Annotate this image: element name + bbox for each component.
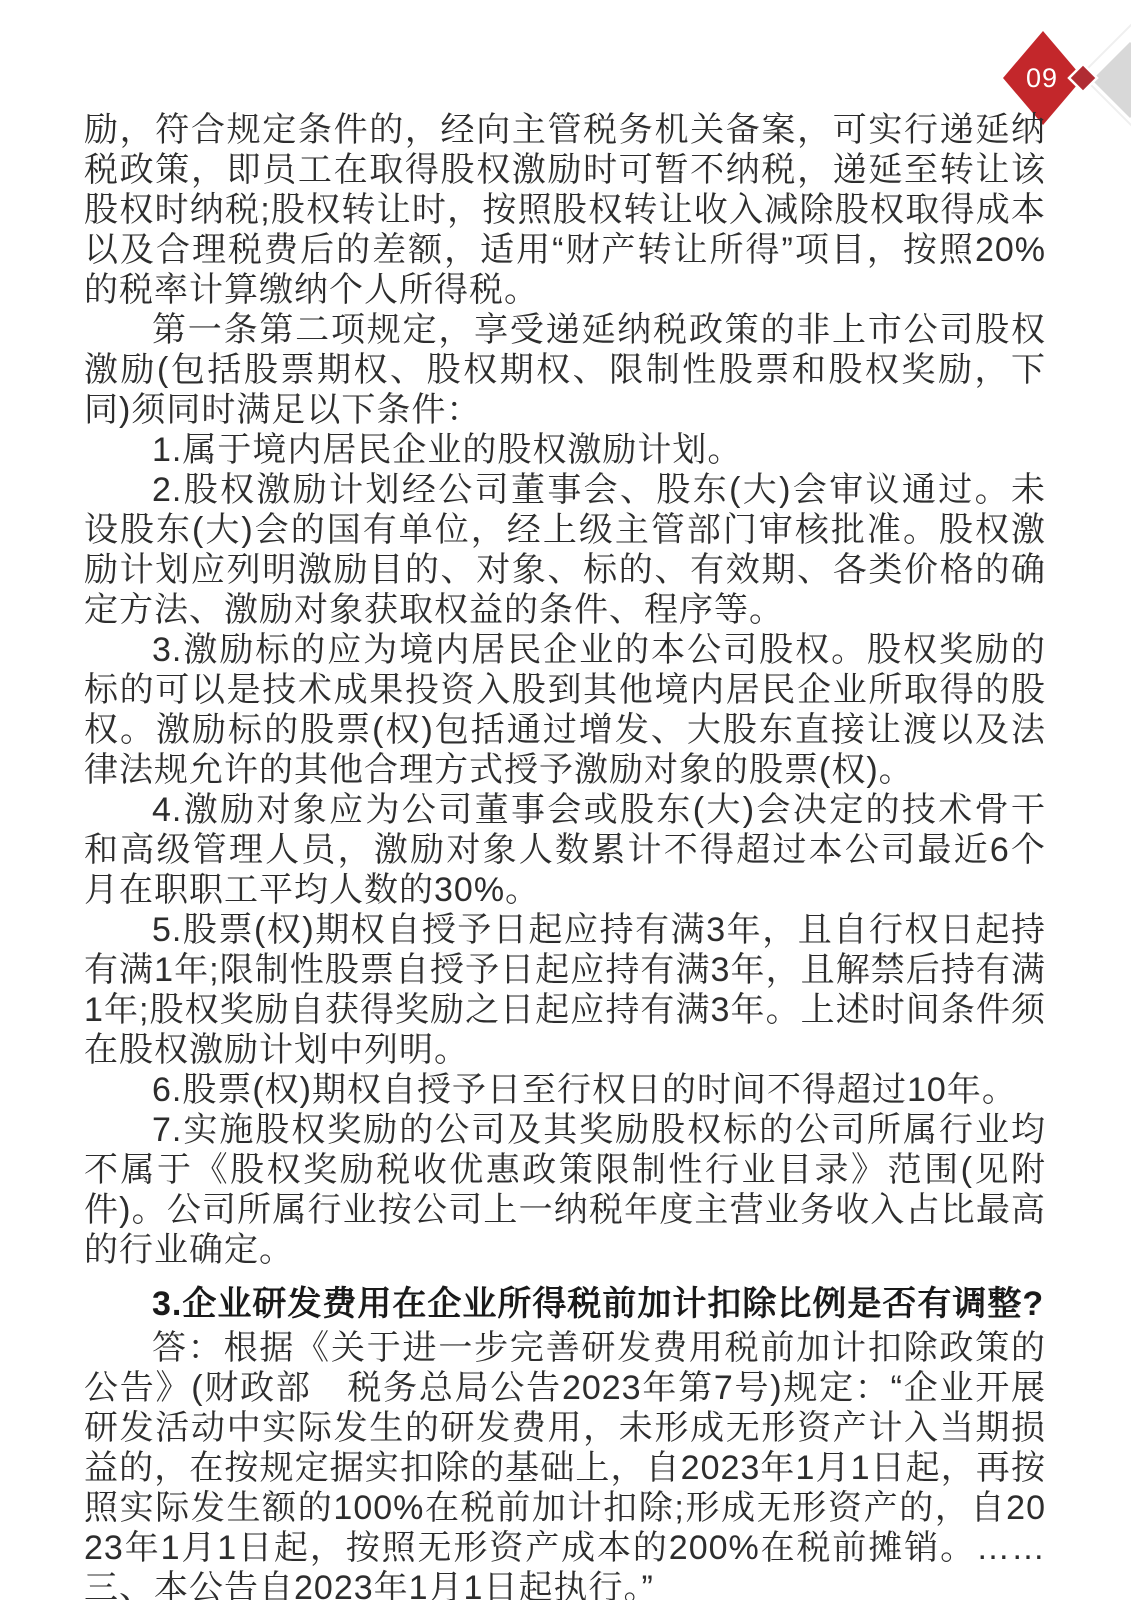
paragraph: 第一条第二项规定，享受递延纳税政策的非上市公司股权激励(包括股票期权、股权期权、… [84, 310, 1046, 430]
paragraph: 5.股票(权)期权自授予日起应持有满3年，且自行权日起持有满1年;限制性股票自授… [84, 910, 1046, 1070]
paragraph: 3.激励标的应为境内居民企业的本公司股权。股权奖励的标的可以是技术成果投资入股到… [84, 630, 1046, 790]
gray-diamond-decoration [1092, 42, 1131, 118]
paragraph: 励，符合规定条件的，经向主管税务机关备案，可实行递延纳税政策，即员工在取得股权激… [84, 110, 1046, 310]
document-page: 09 励，符合规定条件的，经向主管税务机关备案，可实行递延纳税政策，即员工在取得… [0, 0, 1131, 1600]
paragraph: 4.激励对象应为公司董事会或股东(大)会决定的技术骨干和高级管理人员，激励对象人… [84, 790, 1046, 910]
paragraph: 答：根据《关于进一步完善研发费用税前加计扣除政策的公告》(财政部 税务总局公告2… [84, 1328, 1046, 1600]
small-diamond-icon [1069, 64, 1097, 92]
page-number: 09 [1026, 63, 1058, 93]
paragraph: 1.属于境内居民企业的股权激励计划。 [84, 430, 1046, 470]
paragraph: 6.股票(权)期权自授予日至行权日的时间不得超过10年。 [84, 1070, 1046, 1110]
paragraph: 7.实施股权奖励的公司及其奖励股权标的公司所属行业均不属于《股权奖励税收优惠政策… [84, 1110, 1046, 1270]
outline-diamond-decoration [1081, 21, 1131, 129]
document-body: 励，符合规定条件的，经向主管税务机关备案，可实行递延纳税政策，即员工在取得股权激… [84, 110, 1046, 1600]
paragraph: 2.股权激励计划经公司董事会、股东(大)会审议通过。未设股东(大)会的国有单位，… [84, 470, 1046, 630]
section-heading: 3.企业研发费用在企业所得税前加计扣除比例是否有调整? [84, 1284, 1046, 1324]
